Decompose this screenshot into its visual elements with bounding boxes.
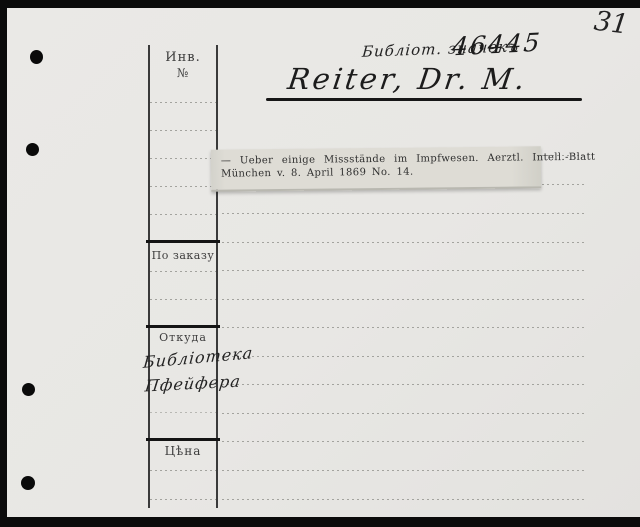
column-ruling-line — [150, 470, 216, 471]
writing-line — [222, 327, 587, 328]
author-underline — [266, 98, 582, 101]
column-ruling-line — [150, 299, 216, 300]
library-stamp-number: 46445 — [451, 28, 543, 62]
price-label: Цѣна — [148, 444, 218, 458]
inventory-number-label: Инв. — [148, 50, 218, 65]
section-divider — [146, 438, 220, 441]
scanned-catalog-card: 31 Инв. № По заказу Откуда Цѣна Библіот.… — [0, 0, 640, 527]
punch-hole — [30, 50, 43, 64]
column-ruling-line — [150, 186, 216, 187]
column-ruling-line — [150, 271, 216, 272]
by-order-label: По заказу — [148, 249, 218, 262]
punch-hole — [22, 383, 35, 396]
writing-line — [222, 299, 587, 300]
section-divider — [146, 240, 220, 243]
writing-line — [222, 356, 587, 357]
writing-line — [222, 499, 587, 500]
column-ruling-line — [150, 412, 216, 413]
punch-hole — [21, 476, 35, 490]
writing-line — [222, 470, 587, 471]
corner-page-mark: 31 — [592, 6, 635, 42]
column-ruling-line — [150, 214, 216, 215]
inventory-number-sign: № — [148, 66, 218, 80]
clipping-imprint-line: München v. 8. April 1869 No. 14. — [221, 164, 533, 180]
writing-line — [222, 213, 587, 214]
author-entry: Reiter, Dr. M. — [286, 62, 530, 96]
column-ruling-line — [150, 158, 216, 159]
section-divider — [146, 325, 220, 328]
writing-line — [222, 384, 587, 385]
pasted-title-clipping: — Ueber einige Missstände im Impfwesen. … — [211, 146, 541, 191]
scan-border-left — [0, 0, 7, 527]
origin-handwriting-line2: Пфейфера — [144, 371, 242, 395]
writing-line — [222, 441, 587, 442]
origin-label: Откуда — [148, 331, 218, 344]
writing-line — [222, 242, 587, 243]
punch-hole — [26, 143, 39, 156]
writing-line — [222, 270, 587, 271]
origin-handwriting-line1: Библіотека — [142, 343, 254, 372]
writing-line — [222, 413, 587, 414]
scan-border-top — [0, 0, 640, 8]
scan-border-bottom — [0, 517, 640, 527]
column-ruling-line — [150, 130, 216, 131]
column-ruling-line — [150, 499, 216, 500]
column-ruling-line — [150, 102, 216, 103]
